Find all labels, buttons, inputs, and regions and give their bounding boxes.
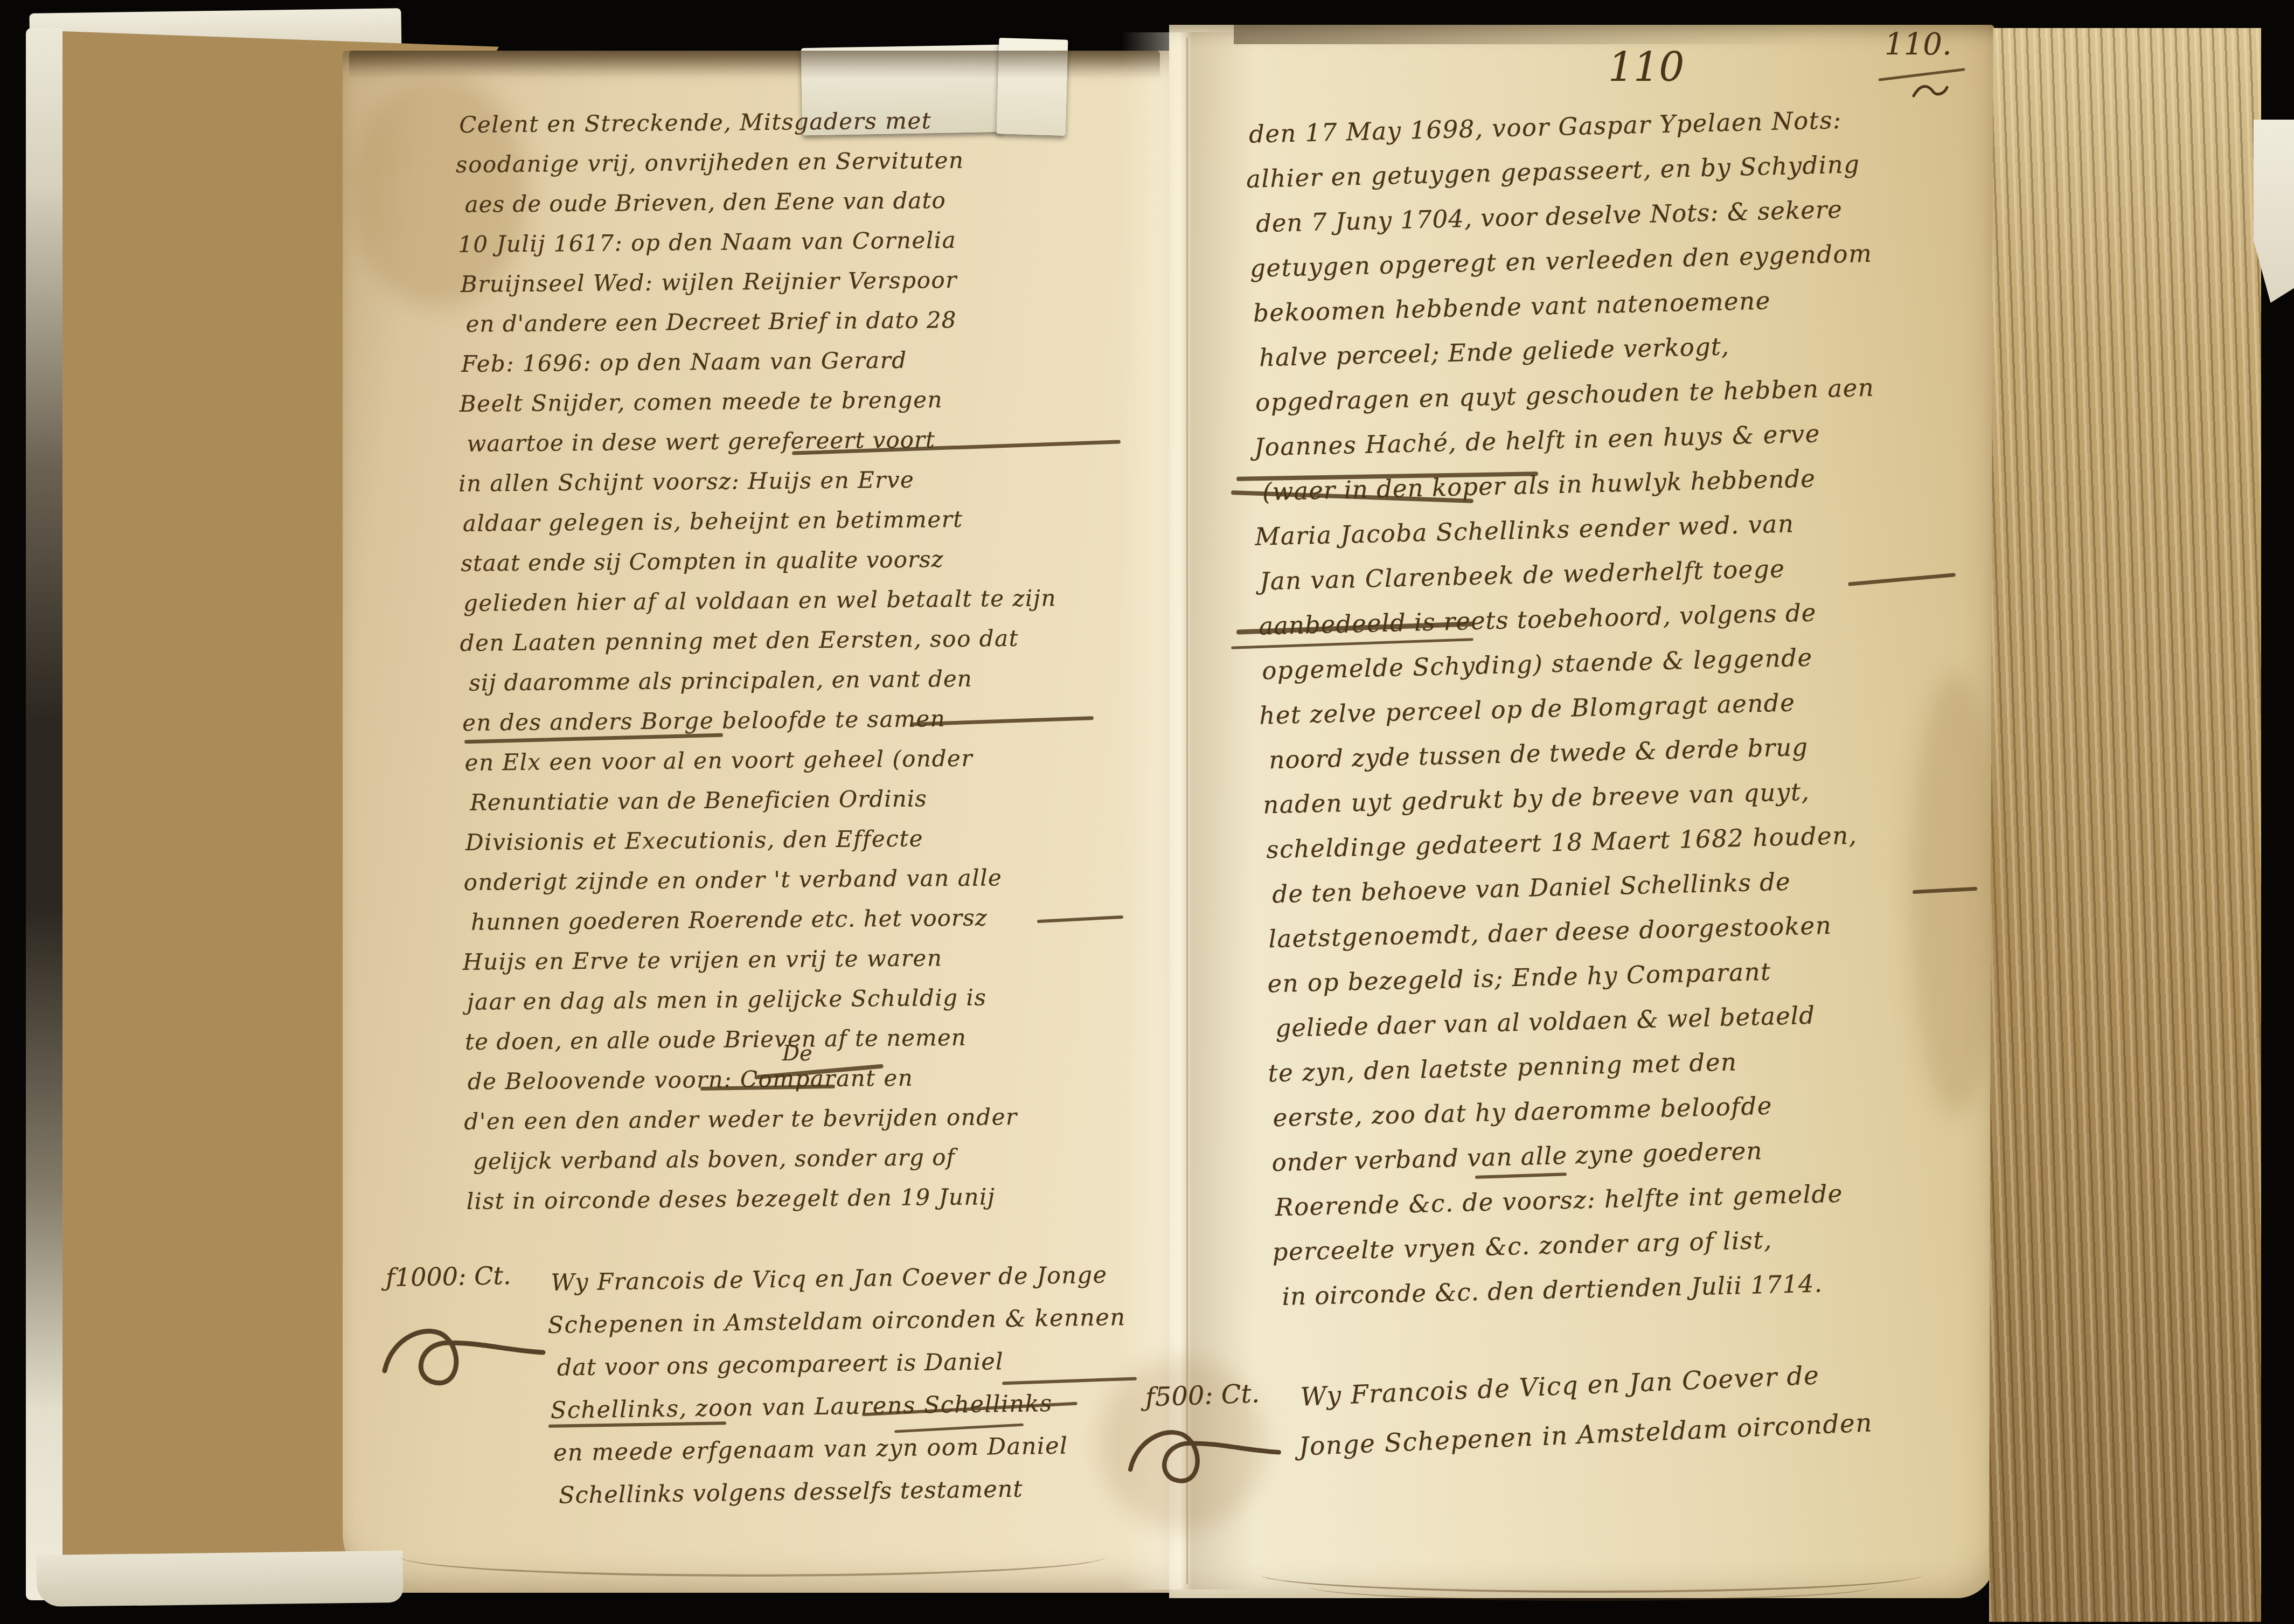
manuscript-line: te doen, en alle oude Brieven af te neme… bbox=[465, 1016, 1172, 1061]
right-page-text-block: den 17 May 1698, voor Gaspar Ypelaen Not… bbox=[1245, 94, 2020, 1319]
manuscript-line: d'en een den ander weder te bevrijden on… bbox=[464, 1095, 1173, 1141]
manuscript-line: 10 Julij 1617: op den Naam van Cornelia bbox=[458, 219, 1165, 265]
manuscript-line: Divisionis et Executionis, den Effecte bbox=[465, 816, 1171, 862]
manuscript-line: in allen Schijnt voorsz: Huijs en Erve bbox=[458, 457, 1167, 503]
manuscript-line: staat ende sij Compten in qualite voorsz bbox=[461, 537, 1168, 583]
vellum-cover-bottom-edge bbox=[36, 1551, 403, 1607]
manuscript-line: onderigt zijnde en onder 't verband van … bbox=[463, 856, 1171, 902]
manuscript-line: Schellinks volgens desselfs testament bbox=[559, 1466, 1170, 1517]
manuscript-line: de Beloovende voorn: Comparant en bbox=[467, 1056, 1172, 1101]
folio-number-center: 110 bbox=[1608, 44, 1684, 91]
manuscript-line: jaar en dag als men in gelijcke Schuldig… bbox=[467, 976, 1172, 1022]
manuscript-line: Feb: 1696: op den Naam van Gerard bbox=[461, 338, 1166, 384]
manuscript-line: den Laaten penning met den Eersten, soo … bbox=[460, 617, 1169, 663]
manuscript-line: Bruijnseel Wed: wijlen Reijnier Verspoor bbox=[461, 259, 1166, 304]
right-page-stack-fore-edge bbox=[1989, 28, 2261, 1622]
interlinear-insertion: De bbox=[782, 1041, 812, 1066]
left-page-top-stain bbox=[349, 51, 1160, 79]
notary-paraph-flourish-left bbox=[377, 1319, 550, 1400]
manuscript-line: gelijck verband als boven, sonder arg of bbox=[473, 1135, 1173, 1181]
gutter-seam-line bbox=[1186, 38, 1188, 1584]
manuscript-line: soodanige vrij, onvrijheden en Servitute… bbox=[456, 139, 1165, 185]
manuscript-line: aes de oude Brieven, den Eene van dato bbox=[464, 179, 1165, 225]
right-page-bottom-curl-2 bbox=[1309, 1572, 1875, 1601]
manuscript-line: gelieden hier af al voldaan en wel betaa… bbox=[463, 577, 1169, 623]
entry-amount-right: ƒ500: Ct. bbox=[1145, 1378, 1260, 1412]
manuscript-line: aldaar gelegen is, beheijnt en betimmert bbox=[462, 497, 1167, 543]
left-page-entry-text: Wy Francois de Vicq en Jan Coever de Jon… bbox=[547, 1253, 1170, 1517]
left-page-text-block: Celent en Streckende, Mitsgaders metsood… bbox=[455, 99, 1173, 1222]
manuscript-line: waartoe in dese wert gerefereert voort bbox=[467, 418, 1167, 464]
entry-amount-left: ƒ1000: Ct. bbox=[386, 1261, 511, 1292]
manuscript-line: list in oirconde deses bezegelt den 19 J… bbox=[466, 1175, 1173, 1221]
manuscript-line: en Elx een voor al en voort geheel (onde… bbox=[464, 737, 1170, 782]
folio-number-corner: 110. bbox=[1885, 27, 1952, 62]
manuscript-photo: { "manuscript": { "folio_number_center":… bbox=[0, 0, 2294, 1624]
manuscript-line: Beelt Snijder, comen meede te brengen bbox=[460, 378, 1167, 424]
manuscript-line: Renuntiatie van de Beneficien Ordinis bbox=[470, 776, 1170, 822]
notary-paraph-flourish-right bbox=[1123, 1414, 1285, 1503]
vellum-cover-left-edge bbox=[26, 28, 65, 1600]
manuscript-line: en d'andere een Decreet Brief in dato 28 bbox=[465, 299, 1166, 344]
manuscript-line: Schepenen in Amsteldam oirconden & kenne… bbox=[547, 1296, 1167, 1347]
left-page-bottom-curl bbox=[400, 1537, 1106, 1577]
manuscript-line: sij daaromme als principalen, en vant de… bbox=[469, 657, 1169, 703]
manuscript-line: Celent en Streckende, Mitsgaders met bbox=[459, 99, 1164, 145]
manuscript-line: Huijs en Erve te vrijen en vrij te waren bbox=[463, 936, 1172, 982]
right-page-top-stain bbox=[1234, 25, 1816, 44]
